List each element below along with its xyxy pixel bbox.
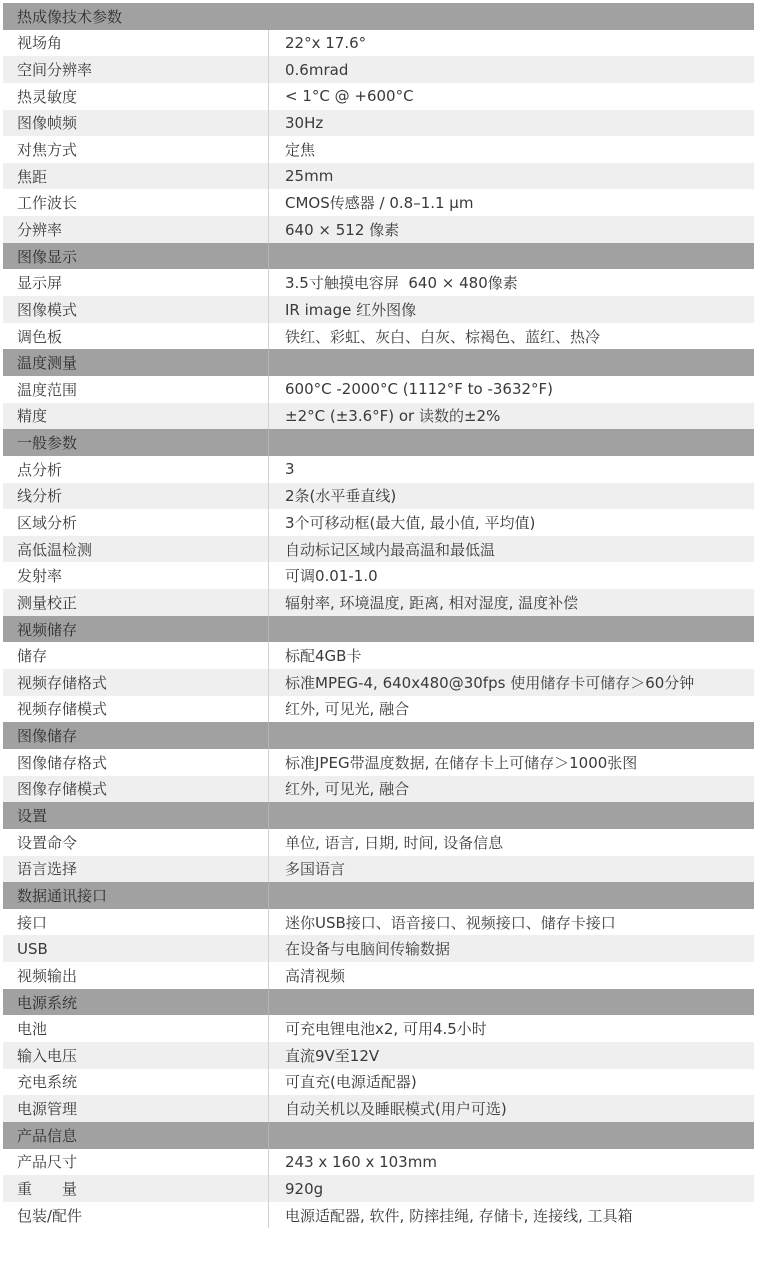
- spec-value: 红外, 可见光, 融合: [269, 696, 754, 723]
- spec-row: 精度±2°C (±3.6°F) or 读数的±2%: [3, 403, 754, 430]
- spec-row: 视频存储模式红外, 可见光, 融合: [3, 696, 754, 723]
- section-header-blank: [269, 3, 754, 30]
- spec-value: 3: [269, 456, 754, 483]
- spec-row: 图像模式IR image 红外图像: [3, 296, 754, 323]
- spec-value: 定焦: [269, 136, 754, 163]
- section-title: 一般参数: [3, 429, 269, 456]
- spec-label: 测量校正: [3, 589, 269, 616]
- section-header: 视频储存: [3, 616, 754, 643]
- spec-label: 线分析: [3, 483, 269, 510]
- section-header: 设置: [3, 802, 754, 829]
- section-header-blank: [269, 989, 754, 1016]
- spec-label: 设置命令: [3, 829, 269, 856]
- spec-row: 图像存储模式红外, 可见光, 融合: [3, 776, 754, 803]
- spec-row: 对焦方式定焦: [3, 136, 754, 163]
- spec-value: 标准JPEG带温度数据, 在储存卡上可储存＞1000张图: [269, 749, 754, 776]
- spec-row: 输入电压直流9V至12V: [3, 1042, 754, 1069]
- spec-value: 0.6mrad: [269, 56, 754, 83]
- section-header: 一般参数: [3, 429, 754, 456]
- section-header: 热成像技术参数: [3, 3, 754, 30]
- spec-value: 243 x 160 x 103mm: [269, 1149, 754, 1176]
- spec-value: 在设备与电脑间传输数据: [269, 935, 754, 962]
- spec-value: < 1°C @ +600°C: [269, 83, 754, 110]
- spec-value: 多国语言: [269, 856, 754, 883]
- spec-row: 视频输出高清视频: [3, 962, 754, 989]
- section-header-blank: [269, 349, 754, 376]
- spec-row: 电源管理自动关机以及睡眠模式(用户可选): [3, 1095, 754, 1122]
- spec-row: 图像储存格式标准JPEG带温度数据, 在储存卡上可储存＞1000张图: [3, 749, 754, 776]
- spec-row: 高低温检测自动标记区域内最高温和最低温: [3, 536, 754, 563]
- spec-label: 重 量: [3, 1175, 269, 1202]
- spec-value: 640 × 512 像素: [269, 216, 754, 243]
- spec-value: 自动关机以及睡眠模式(用户可选): [269, 1095, 754, 1122]
- spec-row: 语言选择多国语言: [3, 856, 754, 883]
- spec-value: ±2°C (±3.6°F) or 读数的±2%: [269, 403, 754, 430]
- spec-row: 视场角22°x 17.6°: [3, 30, 754, 57]
- spec-value: 铁红、彩虹、灰白、白灰、棕褐色、蓝红、热冷: [269, 323, 754, 350]
- spec-value: 25mm: [269, 163, 754, 190]
- spec-value: 红外, 可见光, 融合: [269, 776, 754, 803]
- spec-row: 显示屏3.5寸触摸电容屏 640 × 480像素: [3, 269, 754, 296]
- section-title: 图像显示: [3, 243, 269, 270]
- spec-value: 高清视频: [269, 962, 754, 989]
- spec-row: 电池可充电锂电池x2, 可用4.5小时: [3, 1015, 754, 1042]
- spec-value: CMOS传感器 / 0.8–1.1 µm: [269, 189, 754, 216]
- spec-row: 视频存储格式标准MPEG-4, 640x480@30fps 使用储存卡可储存＞6…: [3, 669, 754, 696]
- spec-label: 视频存储模式: [3, 696, 269, 723]
- spec-label: 电源管理: [3, 1095, 269, 1122]
- section-header-blank: [269, 722, 754, 749]
- spec-table: 热成像技术参数视场角22°x 17.6°空间分辨率0.6mrad热灵敏度< 1°…: [3, 3, 754, 1228]
- spec-row: 产品尺寸243 x 160 x 103mm: [3, 1149, 754, 1176]
- spec-row: 接口迷你USB接口、语音接口、视频接口、储存卡接口: [3, 909, 754, 936]
- section-header-blank: [269, 882, 754, 909]
- spec-row: 工作波长CMOS传感器 / 0.8–1.1 µm: [3, 189, 754, 216]
- spec-label: 语言选择: [3, 856, 269, 883]
- spec-label: 视频存储格式: [3, 669, 269, 696]
- spec-value: IR image 红外图像: [269, 296, 754, 323]
- spec-label: 包装/配件: [3, 1202, 269, 1229]
- spec-row: 点分析3: [3, 456, 754, 483]
- section-title: 图像储存: [3, 722, 269, 749]
- spec-label: 热灵敏度: [3, 83, 269, 110]
- spec-row: 分辨率640 × 512 像素: [3, 216, 754, 243]
- spec-row: 温度范围600°C -2000°C (1112°F to -3632°F): [3, 376, 754, 403]
- spec-value: 可充电锂电池x2, 可用4.5小时: [269, 1015, 754, 1042]
- section-header: 图像储存: [3, 722, 754, 749]
- spec-value: 3个可移动框(最大值, 最小值, 平均值): [269, 509, 754, 536]
- spec-value: 600°C -2000°C (1112°F to -3632°F): [269, 376, 754, 403]
- spec-label: 电池: [3, 1015, 269, 1042]
- spec-label: 产品尺寸: [3, 1149, 269, 1176]
- section-title: 温度测量: [3, 349, 269, 376]
- spec-row: 发射率可调0.01-1.0: [3, 562, 754, 589]
- spec-value: 2条(水平垂直线): [269, 483, 754, 510]
- spec-row: 调色板铁红、彩虹、灰白、白灰、棕褐色、蓝红、热冷: [3, 323, 754, 350]
- spec-value: 标配4GB卡: [269, 642, 754, 669]
- spec-label: 对焦方式: [3, 136, 269, 163]
- section-header: 图像显示: [3, 243, 754, 270]
- spec-value: 单位, 语言, 日期, 时间, 设备信息: [269, 829, 754, 856]
- spec-label: 精度: [3, 403, 269, 430]
- section-title: 数据通讯接口: [3, 882, 269, 909]
- spec-label: 储存: [3, 642, 269, 669]
- section-header-blank: [269, 243, 754, 270]
- spec-row: 测量校正辐射率, 环境温度, 距离, 相对湿度, 温度补偿: [3, 589, 754, 616]
- spec-row: 重 量920g: [3, 1175, 754, 1202]
- section-header: 产品信息: [3, 1122, 754, 1149]
- spec-value: 辐射率, 环境温度, 距离, 相对湿度, 温度补偿: [269, 589, 754, 616]
- spec-label: 视频输出: [3, 962, 269, 989]
- section-header-blank: [269, 802, 754, 829]
- section-title: 产品信息: [3, 1122, 269, 1149]
- spec-row: USB在设备与电脑间传输数据: [3, 935, 754, 962]
- section-header: 温度测量: [3, 349, 754, 376]
- spec-label: 视场角: [3, 30, 269, 57]
- spec-label: 温度范围: [3, 376, 269, 403]
- spec-value: 电源适配器, 软件, 防摔挂绳, 存储卡, 连接线, 工具箱: [269, 1202, 754, 1229]
- spec-value: 直流9V至12V: [269, 1042, 754, 1069]
- spec-row: 线分析2条(水平垂直线): [3, 483, 754, 510]
- section-header-blank: [269, 1122, 754, 1149]
- spec-label: 区域分析: [3, 509, 269, 536]
- spec-value: 可调0.01-1.0: [269, 562, 754, 589]
- spec-value: 可直充(电源适配器): [269, 1069, 754, 1096]
- section-title: 电源系统: [3, 989, 269, 1016]
- spec-label: 焦距: [3, 163, 269, 190]
- spec-value: 30Hz: [269, 110, 754, 137]
- spec-label: 图像存储模式: [3, 776, 269, 803]
- section-header-blank: [269, 616, 754, 643]
- spec-label: 图像储存格式: [3, 749, 269, 776]
- spec-row: 热灵敏度< 1°C @ +600°C: [3, 83, 754, 110]
- spec-label: 图像帧频: [3, 110, 269, 137]
- spec-row: 充电系统可直充(电源适配器): [3, 1069, 754, 1096]
- spec-row: 包装/配件电源适配器, 软件, 防摔挂绳, 存储卡, 连接线, 工具箱: [3, 1202, 754, 1229]
- section-header: 电源系统: [3, 989, 754, 1016]
- spec-value: 迷你USB接口、语音接口、视频接口、储存卡接口: [269, 909, 754, 936]
- spec-label: 输入电压: [3, 1042, 269, 1069]
- spec-value: 920g: [269, 1175, 754, 1202]
- spec-label: 显示屏: [3, 269, 269, 296]
- spec-label: 发射率: [3, 562, 269, 589]
- spec-label: 图像模式: [3, 296, 269, 323]
- spec-label: 高低温检测: [3, 536, 269, 563]
- spec-label: USB: [3, 935, 269, 962]
- spec-label: 点分析: [3, 456, 269, 483]
- spec-label: 工作波长: [3, 189, 269, 216]
- spec-label: 接口: [3, 909, 269, 936]
- spec-label: 充电系统: [3, 1069, 269, 1096]
- spec-value: 自动标记区域内最高温和最低温: [269, 536, 754, 563]
- spec-value: 3.5寸触摸电容屏 640 × 480像素: [269, 269, 754, 296]
- spec-row: 储存标配4GB卡: [3, 642, 754, 669]
- section-title: 热成像技术参数: [3, 3, 269, 30]
- spec-label: 调色板: [3, 323, 269, 350]
- spec-value: 标准MPEG-4, 640x480@30fps 使用储存卡可储存＞60分钟: [269, 669, 754, 696]
- spec-value: 22°x 17.6°: [269, 30, 754, 57]
- spec-row: 图像帧频30Hz: [3, 110, 754, 137]
- section-header: 数据通讯接口: [3, 882, 754, 909]
- spec-row: 区域分析3个可移动框(最大值, 最小值, 平均值): [3, 509, 754, 536]
- section-title: 视频储存: [3, 616, 269, 643]
- spec-label: 空间分辨率: [3, 56, 269, 83]
- spec-label: 分辨率: [3, 216, 269, 243]
- spec-row: 设置命令单位, 语言, 日期, 时间, 设备信息: [3, 829, 754, 856]
- section-header-blank: [269, 429, 754, 456]
- spec-row: 空间分辨率0.6mrad: [3, 56, 754, 83]
- spec-row: 焦距25mm: [3, 163, 754, 190]
- section-title: 设置: [3, 802, 269, 829]
